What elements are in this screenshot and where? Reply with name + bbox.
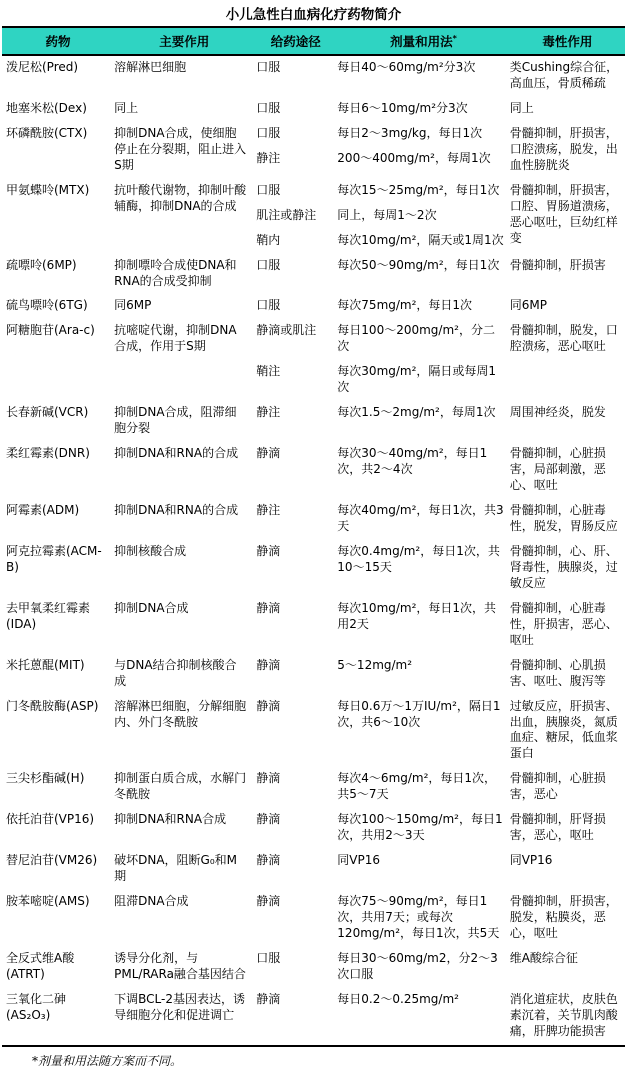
- route-dosage-pair: 鞘内 每次10mg/m²，隔天或1周1次: [254, 233, 509, 249]
- route-dosage-pair: 静注 每次1.5～2mg/m²，每周1次: [254, 405, 509, 421]
- dosage: 每次15～25mg/m²，每日1次: [337, 183, 509, 199]
- drug-name: 硫鸟嘌呤(6TG): [2, 298, 114, 314]
- table-footnote: *剂量和用法随方案而不同。: [32, 1052, 625, 1069]
- drug-name: 依托泊苷(VP16): [2, 812, 114, 828]
- table-row: 三尖杉酯碱(H) 抑制蛋白质合成，水解门冬酰胺 静滴 每次4～6mg/m²，每日…: [2, 767, 625, 808]
- toxicity: 过敏反应，肝损害、出血，胰腺炎，氮质血症、糖尿，低血浆蛋白: [510, 699, 625, 763]
- route-dosage-pair: 口服 每次15～25mg/m²，每日1次: [254, 183, 509, 199]
- dosage: 每次1.5～2mg/m²，每周1次: [337, 405, 509, 421]
- route: 口服: [254, 183, 337, 199]
- admin-block: 静滴 每次0.4mg/m²，每日1次，共10～15天: [254, 544, 509, 576]
- drug-name: 三尖杉酯碱(H): [2, 771, 114, 787]
- dosage: 每日2～3mg/kg，每日1次: [337, 126, 509, 142]
- drug-name: 米托蒽醌(MIT): [2, 658, 114, 674]
- dosage: 5～12mg/m²: [337, 658, 509, 674]
- dosage: 200～400mg/m²，每周1次: [337, 151, 509, 167]
- toxicity: 骨髓抑制，肝肾损害，恶心，呕吐: [510, 812, 625, 844]
- drug-action: 溶解淋巴细胞，分解细胞内、外门冬酰胺: [114, 699, 254, 731]
- drug-action: 抑制DNA合成: [114, 601, 254, 617]
- route-dosage-pair: 静滴 每次4～6mg/m²，每日1次，共5～7天: [254, 771, 509, 803]
- drug-name: 替尼泊苷(VM26): [2, 853, 114, 869]
- admin-block: 静滴 每日0.6万～1万IU/m²，隔日1次，共6～10次: [254, 699, 509, 731]
- route: 静滴: [254, 853, 337, 869]
- table-row: 柔红霉素(DNR) 抑制DNA和RNA的合成 静滴 每次30～40mg/m²，每…: [2, 442, 625, 499]
- table-row: 疏嘌呤(6MP) 抑制嘌呤合成使DNA和RNA的合成受抑制 口服 每次50～90…: [2, 254, 625, 295]
- route: 静滴: [254, 771, 337, 787]
- route-dosage-pair: 静滴 每次0.4mg/m²，每日1次，共10～15天: [254, 544, 509, 576]
- admin-block: 静滴 每次4～6mg/m²，每日1次，共5～7天: [254, 771, 509, 803]
- toxicity: 消化道症状，皮肤色素沉着，关节肌肉酸痛，肝脾功能损害: [510, 992, 625, 1040]
- dosage: 每日40～60mg/m²分3次: [337, 60, 509, 76]
- drug-action: 诱导分化剂，与PML/RARa融合基因结合: [114, 951, 254, 983]
- admin-block: 静滴或肌注 每日100～200mg/m²，分二次 鞘注 每次30mg/m²，隔日…: [254, 323, 509, 396]
- route-dosage-pair: 肌注或静注 同上，每周1～2次: [254, 208, 509, 224]
- drug-action: 抑制DNA和RNA合成: [114, 812, 254, 828]
- route-dosage-pair: 口服 每日40～60mg/m²分3次: [254, 60, 509, 76]
- toxicity: 同VP16: [510, 853, 625, 869]
- route: 静滴: [254, 992, 337, 1008]
- drug-name: 长春新碱(VCR): [2, 405, 114, 421]
- drug-action: 与DNA结合抑制核酸合成: [114, 658, 254, 690]
- dosage: 每日0.6万～1万IU/m²，隔日1次，共6～10次: [337, 699, 509, 731]
- toxicity: 同6MP: [510, 298, 625, 314]
- dosage: 每次30mg/m²，隔日或每周1次: [337, 364, 509, 396]
- route-dosage-pair: 静滴 每日0.6万～1万IU/m²，隔日1次，共6～10次: [254, 699, 509, 731]
- admin-block: 口服 每日30～60mg/m2，分2～3次口服: [254, 951, 509, 983]
- drug-name: 泼尼松(Pred): [2, 60, 114, 76]
- table-row: 替尼泊苷(VM26) 破坏DNA，阻断G₀和M期 静滴 同VP16 同VP16: [2, 849, 625, 890]
- dosage: 每日6～10mg/m²分3次: [337, 101, 509, 117]
- table-row: 地塞米松(Dex) 同上 口服 每日6～10mg/m²分3次 同上: [2, 97, 625, 122]
- dosage: 同上，每周1～2次: [337, 208, 509, 224]
- table-row: 环磷酰胺(CTX) 抑制DNA合成，使细胞停止在分裂期，阻止进入S期 口服 每日…: [2, 122, 625, 179]
- dosage: 每次30～40mg/m²，每日1次，共2～4次: [337, 446, 509, 478]
- dosage: 每日100～200mg/m²，分二次: [337, 323, 509, 355]
- route-dosage-pair: 鞘注 每次30mg/m²，隔日或每周1次: [254, 364, 509, 396]
- drug-name: 三氧化二砷(AS₂O₃): [2, 992, 114, 1024]
- route: 口服: [254, 951, 337, 967]
- admin-block: 静滴 每次10mg/m²，每日1次，共用2天: [254, 601, 509, 633]
- dosage: 每日0.2～0.25mg/m²: [337, 992, 509, 1008]
- route: 静注: [254, 405, 337, 421]
- route-dosage-pair: 口服 每次50～90mg/m²，每日1次: [254, 258, 509, 274]
- drug-name: 全反式维A酸(ATRT): [2, 951, 114, 983]
- drug-action: 下调BCL-2基因表达，诱导细胞分化和促进调亡: [114, 992, 254, 1024]
- table-row: 依托泊苷(VP16) 抑制DNA和RNA合成 静滴 每次100～150mg/m²…: [2, 808, 625, 849]
- toxicity: 骨髓抑制，肝损害，口腔溃疡，脱发，出血性膀胱炎: [510, 126, 625, 174]
- admin-block: 口服 每次50～90mg/m²，每日1次: [254, 258, 509, 274]
- table-row: 去甲氧柔红霉素(IDA) 抑制DNA合成 静滴 每次10mg/m²，每日1次，共…: [2, 597, 625, 654]
- route: 肌注或静注: [254, 208, 337, 224]
- toxicity: 骨髓抑制，心脏毒性，肝损害，恶心、呕吐: [510, 601, 625, 649]
- route: 静滴: [254, 812, 337, 828]
- route: 口服: [254, 258, 337, 274]
- route-dosage-pair: 口服 每日2～3mg/kg，每日1次: [254, 126, 509, 142]
- admin-block: 口服 每次15～25mg/m²，每日1次 肌注或静注 同上，每周1～2次 鞘内 …: [254, 183, 509, 249]
- route-dosage-pair: 口服 每次75mg/m²，每日1次: [254, 298, 509, 314]
- page-title: 小儿急性白血病化疗药物简介: [2, 2, 625, 26]
- admin-block: 口服 每次75mg/m²，每日1次: [254, 298, 509, 314]
- route: 静滴: [254, 658, 337, 674]
- route-dosage-pair: 口服 每日30～60mg/m2，分2～3次口服: [254, 951, 509, 983]
- header-dosage-label: 剂量和用法: [390, 34, 453, 49]
- header-cell-route: 给药途径: [254, 32, 337, 50]
- header-cell-toxicity: 毒性作用: [510, 32, 625, 50]
- admin-block: 静注 每次1.5～2mg/m²，每周1次: [254, 405, 509, 421]
- dosage: 每次4～6mg/m²，每日1次，共5～7天: [337, 771, 509, 803]
- dosage: 每日30～60mg/m2，分2～3次口服: [337, 951, 509, 983]
- dosage: 每次10mg/m²，隔天或1周1次: [337, 233, 509, 249]
- dosage: 每次10mg/m²，每日1次，共用2天: [337, 601, 509, 633]
- drug-name: 阿克拉霉素(ACM-B): [2, 544, 114, 576]
- drug-name: 甲氨蝶呤(MTX): [2, 183, 114, 199]
- dosage: 每次75mg/m²，每日1次: [337, 298, 509, 314]
- footnote-marker: *: [453, 34, 457, 43]
- table-row: 全反式维A酸(ATRT) 诱导分化剂，与PML/RARa融合基因结合 口服 每日…: [2, 947, 625, 988]
- dosage: 同VP16: [337, 853, 509, 869]
- toxicity: 骨髓抑制，肝损害，口腔、胃肠道溃疡，恶心呕吐，巨幼红样变: [510, 183, 625, 247]
- admin-block: 静滴 每次100～150mg/m²，每日1次，共用2～3天: [254, 812, 509, 844]
- route: 口服: [254, 60, 337, 76]
- route: 口服: [254, 126, 337, 142]
- toxicity: 维A酸综合征: [510, 951, 625, 967]
- toxicity: 同上: [510, 101, 625, 117]
- table-row: 阿克拉霉素(ACM-B) 抑制核酸合成 静滴 每次0.4mg/m²，每日1次，共…: [2, 540, 625, 597]
- route-dosage-pair: 静滴 每次30～40mg/m²，每日1次，共2～4次: [254, 446, 509, 478]
- route: 静滴或肌注: [254, 323, 337, 339]
- toxicity: 骨髓抑制，心脏损害，局部刺激，恶心、呕吐: [510, 446, 625, 494]
- route: 静滴: [254, 699, 337, 715]
- drug-action: 同6MP: [114, 298, 254, 314]
- table-row: 长春新碱(VCR) 抑制DNA合成，阻滞细胞分裂 静注 每次1.5～2mg/m²…: [2, 401, 625, 442]
- route-dosage-pair: 静滴 每日0.2～0.25mg/m²: [254, 992, 509, 1008]
- route: 静滴: [254, 601, 337, 617]
- toxicity: 骨髓抑制，肝损害，脱发，粘膜炎，恶心，呕吐: [510, 894, 625, 942]
- route-dosage-pair: 静滴 每次10mg/m²，每日1次，共用2天: [254, 601, 509, 633]
- table-row: 门冬酰胺酶(ASP) 溶解淋巴细胞，分解细胞内、外门冬酰胺 静滴 每日0.6万～…: [2, 695, 625, 768]
- route-dosage-pair: 静注 200～400mg/m²，每周1次: [254, 151, 509, 167]
- drug-action: 抑制蛋白质合成，水解门冬酰胺: [114, 771, 254, 803]
- table-header-row: 药物 主要作用 给药途径 剂量和用法* 毒性作用: [2, 28, 625, 56]
- route: 静注: [254, 151, 337, 167]
- drug-name: 环磷酰胺(CTX): [2, 126, 114, 142]
- admin-block: 静注 每次40mg/m²，每日1次，共3天: [254, 503, 509, 535]
- admin-block: 静滴 每日0.2～0.25mg/m²: [254, 992, 509, 1008]
- drug-action: 抑制嘌呤合成使DNA和RNA的合成受抑制: [114, 258, 254, 290]
- header-cell-dosage: 剂量和用法*: [337, 32, 510, 50]
- route-dosage-pair: 静滴 每次75～90mg/m²，每日1次，共用7天；或每次120mg/m²，每日…: [254, 894, 509, 942]
- drug-table: 药物 主要作用 给药途径 剂量和用法* 毒性作用 泼尼松(Pred) 溶解淋巴细…: [2, 26, 625, 1047]
- header-cell-action: 主要作用: [114, 32, 254, 50]
- drug-action: 抑制核酸合成: [114, 544, 254, 560]
- admin-block: 静滴 每次75～90mg/m²，每日1次，共用7天；或每次120mg/m²，每日…: [254, 894, 509, 942]
- route-dosage-pair: 静滴 每次100～150mg/m²，每日1次，共用2～3天: [254, 812, 509, 844]
- drug-name: 阿霉素(ADM): [2, 503, 114, 519]
- admin-block: 静滴 每次30～40mg/m²，每日1次，共2～4次: [254, 446, 509, 478]
- drug-action: 抗嘧啶代谢，抑制DNA合成，作用于S期: [114, 323, 254, 355]
- route: 鞘内: [254, 233, 337, 249]
- toxicity: 骨髓抑制，心脏毒性，脱发，胃肠反应: [510, 503, 625, 535]
- drug-name: 地塞米松(Dex): [2, 101, 114, 117]
- route-dosage-pair: 静滴 5～12mg/m²: [254, 658, 509, 674]
- drug-name: 胺苯嘧啶(AMS): [2, 894, 114, 910]
- toxicity: 骨髓抑制、心肌损害、呕吐、腹泻等: [510, 658, 625, 690]
- drug-action: 抗叶酸代谢物，抑制叶酸辅酶，抑制DNA的合成: [114, 183, 254, 215]
- route-dosage-pair: 静滴或肌注 每日100～200mg/m²，分二次: [254, 323, 509, 355]
- dosage: 每次50～90mg/m²，每日1次: [337, 258, 509, 274]
- table-row: 甲氨蝶呤(MTX) 抗叶酸代谢物，抑制叶酸辅酶，抑制DNA的合成 口服 每次15…: [2, 179, 625, 254]
- table-row: 三氧化二砷(AS₂O₃) 下调BCL-2基因表达，诱导细胞分化和促进调亡 静滴 …: [2, 988, 625, 1045]
- table-row: 胺苯嘧啶(AMS) 阻滞DNA合成 静滴 每次75～90mg/m²，每日1次，共…: [2, 890, 625, 947]
- toxicity: 骨髓抑制，脱发，口腔溃疡，恶心呕吐: [510, 323, 625, 355]
- drug-action: 溶解淋巴细胞: [114, 60, 254, 76]
- dosage: 每次40mg/m²，每日1次，共3天: [337, 503, 509, 535]
- toxicity: 骨髓抑制，心、肝、肾毒性，胰腺炎，过敏反应: [510, 544, 625, 592]
- drug-name: 柔红霉素(DNR): [2, 446, 114, 462]
- admin-block: 静滴 同VP16: [254, 853, 509, 869]
- table-row: 泼尼松(Pred) 溶解淋巴细胞 口服 每日40～60mg/m²分3次 类Cus…: [2, 56, 625, 97]
- route: 静注: [254, 503, 337, 519]
- route: 静滴: [254, 544, 337, 560]
- admin-block: 口服 每日2～3mg/kg，每日1次 静注 200～400mg/m²，每周1次: [254, 126, 509, 167]
- route: 口服: [254, 101, 337, 117]
- document-page: 小儿急性白血病化疗药物简介 药物 主要作用 给药途径 剂量和用法* 毒性作用 泼…: [0, 0, 627, 1069]
- drug-action: 抑制DNA合成，使细胞停止在分裂期，阻止进入S期: [114, 126, 254, 174]
- dosage: 每次100～150mg/m²，每日1次，共用2～3天: [337, 812, 509, 844]
- drug-action: 同上: [114, 101, 254, 117]
- table-row: 硫鸟嘌呤(6TG) 同6MP 口服 每次75mg/m²，每日1次 同6MP: [2, 294, 625, 319]
- drug-action: 抑制DNA合成，阻滞细胞分裂: [114, 405, 254, 437]
- dosage: 每次0.4mg/m²，每日1次，共10～15天: [337, 544, 509, 576]
- drug-name: 阿糖胞苷(Ara-c): [2, 323, 114, 339]
- route-dosage-pair: 静注 每次40mg/m²，每日1次，共3天: [254, 503, 509, 535]
- drug-action: 抑制DNA和RNA的合成: [114, 503, 254, 519]
- toxicity: 骨髓抑制，心脏损害，恶心: [510, 771, 625, 803]
- table-row: 阿霉素(ADM) 抑制DNA和RNA的合成 静注 每次40mg/m²，每日1次，…: [2, 499, 625, 540]
- admin-block: 口服 每日6～10mg/m²分3次: [254, 101, 509, 117]
- drug-name: 门冬酰胺酶(ASP): [2, 699, 114, 715]
- admin-block: 静滴 5～12mg/m²: [254, 658, 509, 674]
- route: 静滴: [254, 446, 337, 462]
- header-cell-drug: 药物: [2, 32, 114, 50]
- table-row: 米托蒽醌(MIT) 与DNA结合抑制核酸合成 静滴 5～12mg/m² 骨髓抑制…: [2, 654, 625, 695]
- route-dosage-pair: 口服 每日6～10mg/m²分3次: [254, 101, 509, 117]
- drug-name: 去甲氧柔红霉素(IDA): [2, 601, 114, 633]
- route: 鞘注: [254, 364, 337, 380]
- drug-action: 抑制DNA和RNA的合成: [114, 446, 254, 462]
- dosage: 每次75～90mg/m²，每日1次，共用7天；或每次120mg/m²，每日1次，…: [337, 894, 509, 942]
- route-dosage-pair: 静滴 同VP16: [254, 853, 509, 869]
- toxicity: 类Cushing综合征，高血压，骨质稀疏: [510, 60, 625, 92]
- route: 口服: [254, 298, 337, 314]
- drug-action: 阻滞DNA合成: [114, 894, 254, 910]
- route: 静滴: [254, 894, 337, 910]
- admin-block: 口服 每日40～60mg/m²分3次: [254, 60, 509, 76]
- toxicity: 周围神经炎，脱发: [510, 405, 625, 421]
- toxicity: 骨髓抑制，肝损害: [510, 258, 625, 274]
- drug-name: 疏嘌呤(6MP): [2, 258, 114, 274]
- table-row: 阿糖胞苷(Ara-c) 抗嘧啶代谢，抑制DNA合成，作用于S期 静滴或肌注 每日…: [2, 319, 625, 401]
- drug-action: 破坏DNA，阻断G₀和M期: [114, 853, 254, 885]
